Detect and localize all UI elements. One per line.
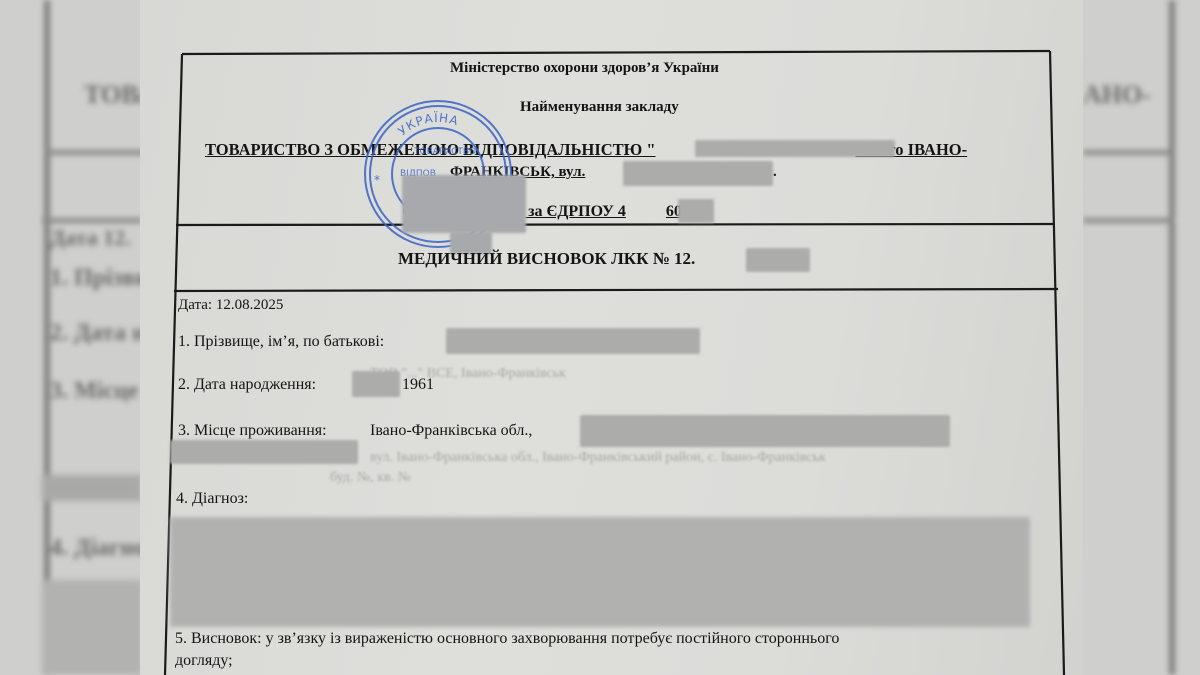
- field-residence-label: 3. Місце проживання:: [178, 422, 327, 440]
- svg-text:ТОВАРИСТВО: ТОВАРИСТВО: [413, 147, 476, 157]
- field-full-name-label: 1. Прізвище, ім’я, по батькові:: [178, 333, 384, 351]
- svg-text:*: *: [374, 173, 380, 187]
- redacted-diagnosis: [170, 517, 1030, 627]
- field-birth-date-label: 2. Дата народження:: [178, 376, 316, 394]
- field-conclusion-continued: догляду;: [175, 652, 233, 670]
- street-end: .: [773, 164, 777, 181]
- show-through-text: буд. №, кв. №: [330, 470, 411, 486]
- redacted-street: [623, 161, 773, 186]
- blurred-background-right: АНО-: [1083, 0, 1200, 675]
- blurred-background-left: ТОВА Дата 12. 1. Прізви 2. Дата н 3. Міс…: [0, 0, 140, 675]
- show-through-text: вул. Івано-Франківська обл., Івано-Франк…: [370, 450, 826, 466]
- ministry-name: Міністерство охорони здоров’я України: [450, 60, 719, 77]
- document-title: МЕДИЧНИЙ ВИСНОВОК ЛКК № 12.-1: [398, 249, 775, 269]
- field-diagnosis-label: 4. Діагноз:: [176, 490, 248, 508]
- redacted-birth-date: [352, 371, 400, 397]
- institution-label: Найменування закладу: [520, 99, 679, 116]
- redacted-full-name: [446, 328, 700, 354]
- redacted-residence-address: [580, 415, 950, 447]
- redacted-institution-name: [695, 140, 895, 157]
- field-residence-region: Івано-Франківська обл.,: [370, 422, 532, 440]
- redacted-document-number: [746, 248, 810, 272]
- document-photo: ТОВ "..." ВСЕ, Івано-Франківськ вул. Іва…: [140, 0, 1083, 675]
- field-birth-year: 1961: [402, 376, 434, 394]
- redacted-residence-address-line2: [170, 440, 358, 464]
- field-conclusion: 5. Висновок: у зв’язку із вираженістю ос…: [175, 630, 839, 648]
- redacted-edrpou: [678, 199, 714, 223]
- document-date: Дата: 12.08.2025: [178, 297, 283, 314]
- edrpou-line: д за ЄДРПОУ 460: [516, 203, 682, 221]
- redacted-stamp-area: [402, 175, 526, 233]
